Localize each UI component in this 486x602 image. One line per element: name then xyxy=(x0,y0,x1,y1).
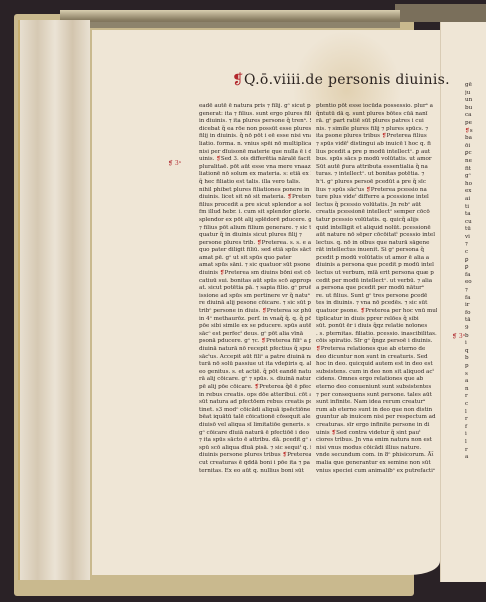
heading-text: Q.ō.viiii.de personis diuinis. xyxy=(244,72,450,88)
text-line: gē xyxy=(465,82,486,90)
text-line: tribᵒ persone in diuis. ❡Preterea sz phū… xyxy=(199,308,311,316)
text-line: nihil phibet plures filiationes ponere i… xyxy=(199,187,311,195)
text-line: sūt natura ad pfectōem rebus creatis pc xyxy=(199,399,311,407)
text-line: sunt infinite. Nam idea rerum creaturᵃ xyxy=(316,399,437,407)
text-line: sācᵗus. Accepit aūt filiᵒ a patre diuinā… xyxy=(199,354,311,362)
text-line: hᵒi. gᵒ plures persoē pcedūt a pre q̃ sī… xyxy=(316,179,437,187)
text-line: amat spūs sāni. ⁊ sic quatuor sūt psone … xyxy=(199,262,311,270)
text-line: diuinis persone plures tribus ❡Preterea … xyxy=(199,452,311,460)
text-line: fo xyxy=(465,310,486,318)
text-line: c xyxy=(465,249,486,257)
text-line: lectus. q. nō in oībus que naturā sāgene xyxy=(316,240,437,248)
text-line: ca xyxy=(465,112,486,120)
text-line: in 4ᵒ methaurōz. perf. in vnaq̃ q̃. q. q… xyxy=(199,316,311,324)
text-line: hoc in deo. quicquid autem est in deo es… xyxy=(316,361,437,369)
text-line: p xyxy=(465,363,486,371)
text-line: tatur pcessio volūtatis. q. quicq̃ alijs xyxy=(316,217,437,225)
text-line: gᵒ xyxy=(465,173,486,181)
margin-note-left: ❡ 3ᵃ xyxy=(168,160,181,167)
margin-note-right: ❡ 3ᵃ xyxy=(452,333,465,340)
text-line: cedit per modū intellectᵒ. ut verbū. ⁊ a… xyxy=(316,278,437,286)
text-line: psonā pducere. gᵒ ⁊c. ❡Preterea filiᵒ a … xyxy=(199,338,311,346)
text-line: diuinā naturā nō recepit pfectius q̃ spu… xyxy=(199,346,311,354)
text-line: n xyxy=(465,386,486,394)
text-line: pcedit p modū volūtatis ut amor ē alia a xyxy=(316,255,437,263)
text-line: b xyxy=(465,355,486,363)
rubric-paragraph-mark-icon: ❡ xyxy=(254,384,259,390)
text-line: ne xyxy=(465,158,486,166)
text-line: pe xyxy=(465,120,486,128)
text-line: un xyxy=(465,97,486,105)
text-line: i xyxy=(465,340,486,348)
text-line: ōi xyxy=(465,143,486,151)
rubric-paragraph-mark-icon: ❡ xyxy=(316,346,321,352)
rubric-paragraph-mark-icon: ❡ xyxy=(261,338,266,344)
text-line: at. sicut potētia pā. ⁊ sapia filio. gᵒ … xyxy=(199,285,311,293)
text-line: rum ab eterno sunt in deo que non distin xyxy=(316,407,437,415)
text-line: quid intelligit et aliquid nolūt. pcessi… xyxy=(316,225,437,233)
text-line: in diuinis. ⁊ ita plures persone q̃ tren… xyxy=(199,118,311,126)
text-line: b xyxy=(465,333,486,341)
text-line: ho xyxy=(465,181,486,189)
text-line: tiplicatur in diuis pprer relōes q̃ sibi xyxy=(316,316,437,324)
rubric-paragraph-mark-icon: ❡ xyxy=(366,187,371,193)
text-line: a xyxy=(465,378,486,386)
text-line: q̃ntutū dā q. sunt plures bōtes cūā nanī xyxy=(316,111,437,119)
text-line: creaturas. sīr ergo infinite persone in … xyxy=(316,422,437,430)
text-line: ba xyxy=(465,135,486,143)
rubric-paragraph-mark-icon: ❡ xyxy=(257,240,262,246)
rubric-paragraph-mark-icon: ❡ xyxy=(220,270,225,276)
text-line: bus. spūs sācs p modū volūtatis. ut amor xyxy=(316,156,437,164)
text-line: a persona que pcedit per modū nāturᵃ xyxy=(316,285,437,293)
text-line: ꝑ xyxy=(465,257,486,265)
text-line: r xyxy=(465,416,486,424)
rubric-pilcrow-icon: ❡ xyxy=(232,72,244,88)
text-line: diuinis a persona que pcedit p modū inte… xyxy=(316,262,437,270)
rubric-paragraph-mark-icon: ❡ xyxy=(287,194,292,200)
text-line: l xyxy=(465,409,486,417)
text-line: amat pē. gᵒ ut sit spūs quo pater xyxy=(199,255,311,263)
text-line: eo xyxy=(465,279,486,287)
text-line: quatur q̃ in diuinis sicut plures filij … xyxy=(199,232,311,240)
text-line: l xyxy=(465,439,486,447)
text-line: ptentio pōt esse iocūda possessio. plurᵃ… xyxy=(316,103,437,111)
text-line: turas. ⁊ intellectᵒ. ut bonitas potētia.… xyxy=(316,171,437,179)
rubric-paragraph-mark-icon: ❡ xyxy=(262,308,267,314)
page-heading: ❡Q.ō.viiii.de personis diuinis. xyxy=(232,72,450,88)
text-line: uinis. ❡Sed 3. ois differētia nāralē fac… xyxy=(199,156,311,164)
text-line: vnius speciei cum animalibᵒ ex putrefact… xyxy=(316,468,437,476)
text-line: tā xyxy=(465,317,486,325)
text-line: pē alij pōe cōicare. ❡Preterea q̃ē ē pfe… xyxy=(199,384,311,392)
text-line: ti xyxy=(465,204,486,212)
text-line: cōis spiratio. Sīr gᵒ q̃ngz persoē i diu… xyxy=(316,338,437,346)
rubric-paragraph-mark-icon: ❡ xyxy=(282,452,287,458)
rubric-paragraph-mark-icon: ❡ xyxy=(382,133,387,139)
text-line: malia que generantur ex semine non sūt xyxy=(316,460,437,468)
text-line: cu xyxy=(465,219,486,227)
text-line: ciores tribus. Jn vna enim natura non es… xyxy=(316,437,437,445)
text-line: cut creaturas ē qddā boni i pōe ita ⁊ pa xyxy=(199,460,311,468)
text-line: pluralitaē. pōt aūt esse vna mere vnaaz … xyxy=(199,164,311,172)
text-line: filij in diuinis. q̃ nō pōt i eē esse ni… xyxy=(199,133,311,141)
text-line: ⁊ xyxy=(465,241,486,249)
text-line: quo pater diligit filiū. sed etiā spūs s… xyxy=(199,247,311,255)
text-line: f xyxy=(465,424,486,432)
text-line: a xyxy=(465,454,486,462)
text-line: lius ⁊ spūs sācᵗus ❡Preterea pcessio na xyxy=(316,187,437,195)
text-line: ꝑc xyxy=(465,150,486,158)
text-line: tū xyxy=(465,226,486,234)
text-line: s xyxy=(465,371,486,379)
text-line: 9 xyxy=(465,325,486,333)
text-line: guuntur ab inuicem nisi per respectum ad xyxy=(316,414,437,422)
text-line: cidens. Omnes ergo relationes que ab xyxy=(316,376,437,384)
text-line: liationē nō solum ex materia. s: etiā ex… xyxy=(199,171,311,179)
text-line: diuinis. licet sit nō sit materia. ❡Pret… xyxy=(199,194,311,202)
text-line: eterno deo conueniunt sunt subsistentes xyxy=(316,384,437,392)
text-line: Sūt autē p̄ura attributa essentialia q̃ … xyxy=(316,164,437,172)
text-line: ⁊ filius pōt alium filium generare. ⁊ si… xyxy=(199,225,311,233)
text-line: generat: ita ⁊ filius. sunt ergo plures … xyxy=(199,111,311,119)
text-line: turā nō solū passiue ut ita vdeṗiris q. … xyxy=(199,361,311,369)
text-line: ⁊ ita spūs sācto ē attribu. dā. pcedit g… xyxy=(199,437,311,445)
text-line: eadē autē ē natura pris ⁊ filij. gᵒ sicu… xyxy=(199,103,311,111)
leaf-layer xyxy=(60,22,400,28)
text-line: lectus ut verbum, mīā erit persona quæ p xyxy=(316,270,437,278)
text-line: q̃ hec filiatio est talis. illa vero tal… xyxy=(199,179,311,187)
text-line: ta xyxy=(465,211,486,219)
text-line: bēat iquātū talē cōicationē cōsequit ale… xyxy=(199,414,311,422)
text-line: creatis pcessionē intellectᵒ semper cōcō xyxy=(316,209,437,217)
text-line: q xyxy=(465,348,486,356)
text-line: pōe sibi simile ex se pducere. spūs autē xyxy=(199,323,311,331)
text-line: liatio. forma. n. vnius spēi nō multipli… xyxy=(199,141,311,149)
text-line: deo dicuntur non sunt in creaturis. Sed xyxy=(316,354,437,362)
text-line: diuisō vel aliqua sī limitatiōe generis.… xyxy=(199,422,311,430)
text-line: ternitas. Ex eo aūt q. nullius boni sūt xyxy=(199,468,311,476)
text-line: in rebus creatis. ops dōe atteribui. cōt… xyxy=(199,392,311,400)
text-line: rā. gᵒ part ratiē sūt plures patres i cu… xyxy=(316,118,437,126)
text-line: ⁊ xyxy=(465,287,486,295)
rubric-paragraph-mark-icon: ❡ xyxy=(360,308,365,314)
page-block-edge xyxy=(20,20,90,580)
text-line: bu xyxy=(465,105,486,113)
rubric-paragraph-mark-icon: ❡ xyxy=(216,156,221,162)
text-line: tes in diuinis. ⁊ vna nō pcedēs. ⁊ sic s… xyxy=(316,300,437,308)
text-line: dicebat q̃ ea rōe non possūt esse plures xyxy=(199,126,311,134)
text-line: rāt intellectus inuenit. Si gᵒ persona q… xyxy=(316,247,437,255)
text-column-left: eadē autē ē natura pris ⁊ filij. gᵒ sicu… xyxy=(199,103,311,475)
text-line: ⁊ per consequens sunt persone. tales aūt xyxy=(316,392,437,400)
text-line: tinet. s3 modᵒ cōicādi aliquā ipsēctiōne xyxy=(199,407,311,415)
text-line: vnde secundum com. in 8ᵒ phisicorum. Āῑ xyxy=(316,452,437,460)
text-line: ❡Preterea relationes que ab eterno de xyxy=(316,346,437,354)
text-line: persone plures trib. ❡Preterea. s. s. e … xyxy=(199,240,311,248)
text-line: ꝑ xyxy=(465,264,486,272)
text-line: lius pcedit a pre p modū intellectᵒ. ꝑ a… xyxy=(316,149,437,157)
text-line: fit xyxy=(465,166,486,174)
text-line: r xyxy=(465,393,486,401)
text-line: rā alij cōicare. gᵒ ⁊ spūs. s. diuinā na… xyxy=(199,376,311,384)
text-line: lectus q̃ pcessio volūtatis. Jn rebᵒ aūt xyxy=(316,202,437,210)
text-line: ⁊ spūs vidēᵗ distingui ab inuicē ī hoc q… xyxy=(316,141,437,149)
text-line: r xyxy=(465,447,486,455)
text-line: quatuor psone. ❡Preterea per hoc vnū mul xyxy=(316,308,437,316)
text-line: ju xyxy=(465,90,486,98)
text-line: aūt nature nō sēper cōcōitatᵗ pcessio in… xyxy=(316,232,437,240)
text-line: ir xyxy=(465,302,486,310)
text-line: ❡s xyxy=(465,128,486,136)
right-page-top-edge xyxy=(395,4,486,22)
text-column-right: ptentio pōt esse iocūda possessio. plurᵃ… xyxy=(316,103,437,475)
text-line: re diuinā alij pesone cōicare. ⁊ sic sūt… xyxy=(199,300,311,308)
text-line: uinis ❡Sed contra videtur q̃ sint pauᵗ xyxy=(316,430,437,438)
text-line: filius procedit a pre sicut splendor a s… xyxy=(199,202,311,210)
text-column-facing-page: gējuunbucape❡sbaōiꝑcnefitgᵒhoexaititacut… xyxy=(465,82,486,462)
text-line: c xyxy=(465,401,486,409)
text-line: ex xyxy=(465,188,486,196)
text-line: gᵒ cōicare dīuiā naturā ē pfectiōē i deo xyxy=(199,430,311,438)
text-line: re. ut filius. Sunt gᵒ tres persone ꝑced… xyxy=(316,293,437,301)
text-line: eo genitus. s. et actiē. q̃ pōt eandē na… xyxy=(199,369,311,377)
text-line: . s. pternitas. filiatio. pcessio. inasc… xyxy=(316,331,437,339)
text-line: fm illud hebr. i. cum sit splendor glori… xyxy=(199,209,311,217)
text-line: ita psone plures tribus ❡Preterea filius xyxy=(316,133,437,141)
text-line: ture plus videᵗ differre a pcessione int… xyxy=(316,194,437,202)
text-line: sūt. ponūt ēr i diuis q̃qz relatie noīon… xyxy=(316,323,437,331)
text-line: splendor ex pōt alij splēdorē pducere. g… xyxy=(199,217,311,225)
rubric-paragraph-mark-icon: ❡ xyxy=(331,430,336,436)
text-line: vi xyxy=(465,234,486,242)
text-line: diuinis ❡Preterea sm diuins bōni est cōi xyxy=(199,270,311,278)
text-line: ai xyxy=(465,196,486,204)
text-line: fa xyxy=(465,272,486,280)
text-line: catiuū sui. bonitas aūt spūs scō appropo… xyxy=(199,278,311,286)
text-line: subsistens. cum in deo non sit aliquod a… xyxy=(316,369,437,377)
rubric-paragraph-mark-icon: ❡ xyxy=(465,128,470,134)
text-line: i xyxy=(465,431,486,439)
text-line: fa xyxy=(465,295,486,303)
text-line: issione ad spūs sm pertinere vr q̃ natuᵃ xyxy=(199,293,311,301)
